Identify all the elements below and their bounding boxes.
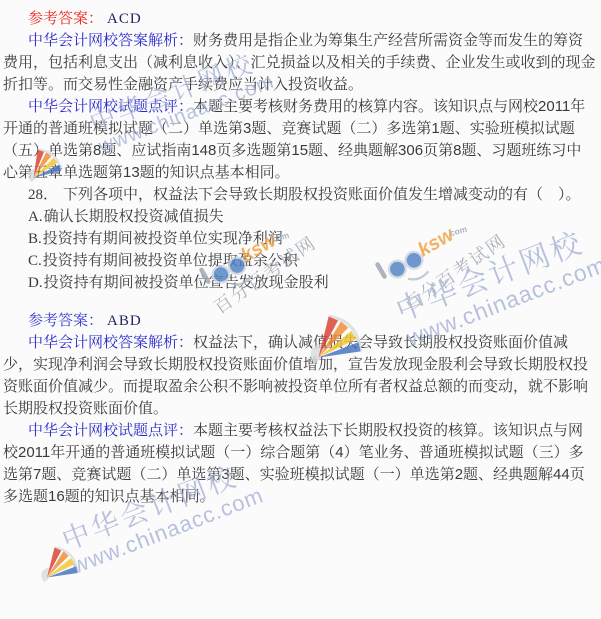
reference-answer-line: 参考答案：ABD xyxy=(3,310,596,332)
megaphone-logo-icon xyxy=(38,540,86,588)
analysis-label: 中华会计网校答案解析： xyxy=(28,32,193,49)
option-text: 投资持有期间被投资单位实现净利润 xyxy=(43,230,283,247)
analysis-label: 中华会计网校答案解析： xyxy=(28,334,193,351)
document-content: 参考答案：ACD 中华会计网校答案解析：财务费用是指企业为筹集生产经营所需资金等… xyxy=(0,0,601,508)
question-28: 28．下列各项中，权益法下会导致长期股权投资账面价值发生增减变动的有（ ）。 xyxy=(3,184,596,206)
comment-paragraph: 中华会计网校试题点评：本题主要考核财务费用的核算内容。该知识点与网校2011年开… xyxy=(3,96,596,184)
reference-answer-label: 参考答案： xyxy=(28,10,103,27)
option-letter: A. xyxy=(28,209,43,225)
comment-label: 中华会计网校试题点评： xyxy=(28,422,193,439)
option-letter: B. xyxy=(28,231,42,247)
comment-paragraph: 中华会计网校试题点评：本题主要考核权益法下长期股权投资的核算。该知识点与网校20… xyxy=(3,420,596,508)
option-text: 确认长期股权投资减值损失 xyxy=(44,208,224,225)
option-text: 投资持有期间被投资单位提取盈余公积 xyxy=(43,252,298,269)
question-stem: 下列各项中，权益法下会导致长期股权投资账面价值发生增减变动的有（ ）。 xyxy=(63,186,581,203)
option-letter: D. xyxy=(28,275,43,291)
option-row-b: B.投资持有期间被投资单位实现净利润 xyxy=(3,228,596,250)
question-number: 28． xyxy=(28,187,58,203)
reference-answer-value: ACD xyxy=(103,11,142,27)
option-row-c: C.投资持有期间被投资单位提取盈余公积 xyxy=(3,250,596,272)
reference-answer-value: ABD xyxy=(103,313,142,329)
comment-label: 中华会计网校试题点评： xyxy=(28,98,193,115)
reference-answer-label: 参考答案： xyxy=(28,312,103,329)
analysis-paragraph: 中华会计网校答案解析：权益法下，确认减值损失会导致长期股权投资账面价值减少，实现… xyxy=(3,332,596,420)
analysis-paragraph: 中华会计网校答案解析：财务费用是指企业为筹集生产经营所需资金等而发生的筹资费用，… xyxy=(3,30,596,96)
option-row-a: A.确认长期股权投资减值损失 xyxy=(3,206,596,228)
option-row-d: D.投资持有期间被投资单位宣告发放现金股利 xyxy=(3,272,596,294)
reference-answer-line: 参考答案：ACD xyxy=(3,8,596,30)
option-text: 投资持有期间被投资单位宣告发放现金股利 xyxy=(44,274,329,291)
exam-answer-page: ksw .com 中华会计网校 www.chinaacc.com 百分百考试网 … xyxy=(0,0,601,619)
option-letter: C. xyxy=(28,253,42,269)
